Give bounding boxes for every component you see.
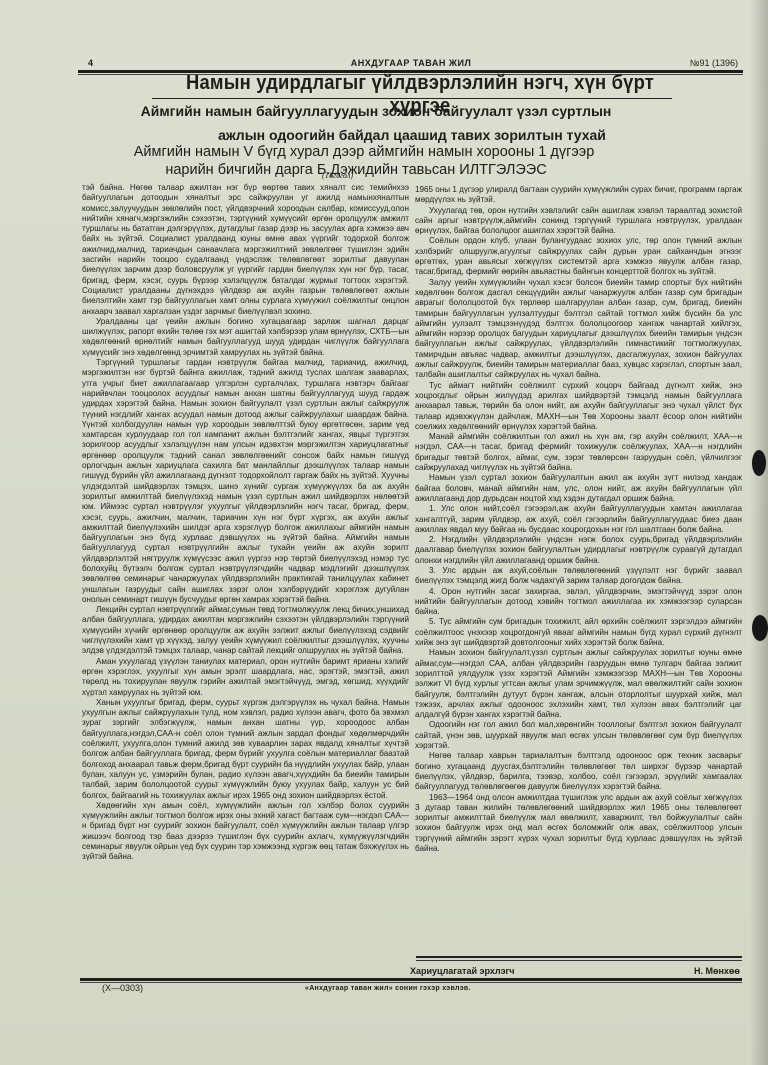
article-paragraph: Тус аймагт нийтийн соёлжилт сүрхий хоцор…: [415, 381, 742, 432]
article-paragraph: 1965 оны 1 дүгээр улиралд багтаан суурий…: [415, 185, 742, 206]
article-paragraph: 3. Улс ардын аж ахуй,соёлын төлөвлөгөөни…: [415, 566, 742, 587]
article-paragraph: 1963—1964 онд олсон амжилтдаа түшиглэж у…: [415, 793, 742, 855]
ink-blot: [752, 450, 766, 476]
article-byline-line1: Аймгийн намын V бүгд хурал дээр аймгийн …: [0, 144, 748, 160]
article-paragraph: 1. Улс олон нийт,соёл гэгээрэл,аж ахуйн …: [415, 504, 742, 535]
editor-rule: [416, 956, 742, 958]
issue-number: №91 (1396): [690, 58, 738, 68]
article-right-column: 1965 оны 1 дүгээр улиралд багтаан суурий…: [415, 185, 742, 854]
article-paragraph: 4. Орон нутгийн засаг захиргаа, эвлэл, ү…: [415, 587, 742, 618]
publication-note: «Анхдугаар таван жил» сонин гэхэр хэвлэв…: [305, 985, 471, 992]
article-paragraph: Залуу үеийн хүмүүжлийн чухал хэсэг болсо…: [415, 278, 742, 381]
article-paragraph: Ухуулагад төв, орон нутгийн хэвлэлийг са…: [415, 206, 742, 237]
article-paragraph: Ханын ухуулгыг бригад, ферм, суурьт хүрг…: [82, 698, 409, 801]
article-paragraph: Намын үзэл суртал зохион байгуулалтын аж…: [415, 473, 742, 504]
article-paragraph: Одоогийн нэг гол ажил бол мал,хөрөнгийн …: [415, 720, 742, 751]
article-paragraph: Лекцийн суртал нэвтрүүлгийг аймаг,сумын …: [82, 605, 409, 656]
article-paragraph: 2. Нэгдлийн үйлдвэрлэлийн үндсэн нэгж бо…: [415, 535, 742, 566]
article-paragraph: Хөдөөгийн хүн амын соёл, хүмүүжлийн ажлы…: [82, 801, 409, 863]
article-paragraph: 5. Тус аймгийн сум бригадын тохижилт, ай…: [415, 617, 742, 648]
article-subhead-line1: Аймгийн намын байгууллагуудын зохион бай…: [0, 103, 760, 119]
print-code: (Х—0303): [102, 983, 143, 993]
editor-rule-thin: [416, 960, 742, 961]
ink-blot: [752, 615, 768, 641]
article-paragraph: тэй байна. Нөгөө талаар ажилтан нэг бүр …: [82, 183, 409, 317]
continued-label: (Төгсгөл): [322, 171, 353, 180]
article-paragraph: Аман ухуулагад үзүүлэн таниулах материал…: [82, 657, 409, 698]
editor-label: Хариуцлагатай эрхлэгч: [410, 966, 515, 976]
article-byline-line2: нарийн бичгийн дарга Б.Дэжидийн тавьсан …: [0, 162, 740, 178]
running-head: 4 АНХДУГААР ТАВАН ЖИЛ №91 (1396): [80, 58, 742, 70]
article-paragraph: Соёлын ордон клуб, улаан булангуудаас зо…: [415, 236, 742, 277]
article-paragraph: Намын зохион байгуулалт,үзэл суртлын ажл…: [415, 648, 742, 720]
article-paragraph: Тэргүүний туршлагыг гардан нэвтрүүлж бай…: [82, 358, 409, 605]
article-paragraph: Манай аймгийн соёлжилтын гол ажил нь хүн…: [415, 432, 742, 473]
headline-underline: [152, 98, 672, 99]
article-left-column: тэй байна. Нөгөө талаар ажилтан нэг бүр …: [82, 183, 409, 863]
article-paragraph: Нөгөө талаар хаврын тариалалтын бэлтгэлд…: [415, 751, 742, 792]
page-edge-shadow: [750, 0, 768, 1065]
article-paragraph: Уралдааны цаг үеийн ажлын богино хугацаа…: [82, 317, 409, 358]
newspaper-title: АНХДУГААР ТАВАН ЖИЛ: [80, 58, 742, 68]
editor-name: Н. Мөнхөө: [694, 966, 740, 976]
footer-rule: [80, 978, 742, 981]
article-subhead-line2: ажлын одоогийн байдал цаашид тавих зорил…: [28, 127, 768, 143]
footer-rule-thin: [80, 982, 742, 983]
